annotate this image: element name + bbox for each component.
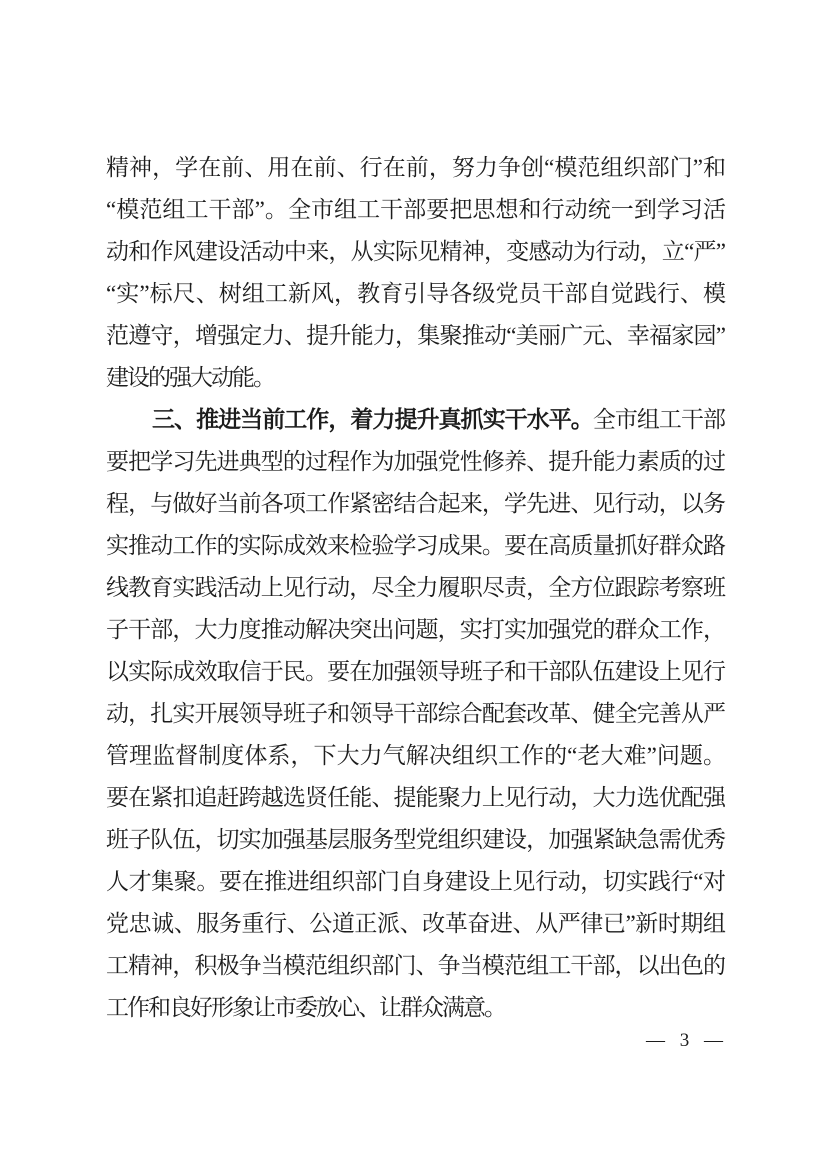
text-line: 党忠诚、服务重行、公道正派、改革奋进、从严律已”新时期组: [106, 903, 724, 945]
body-text: 人才集聚。要在推进组织部门自身建设上见行动，切实践行“对: [106, 869, 724, 894]
body-text: 线教育实践活动上见行动，尽全力履职尽责，全方位跟踪考察班: [106, 575, 724, 600]
document-page: 精神，学在前、用在前、行在前，努力争创“模范组织部门”和“模范组工干部”。全市组…: [0, 0, 827, 1169]
text-line: 班子队伍，切实加强基层服务型党组织建设，加强紧缺急需优秀: [106, 819, 724, 861]
body-text: 要把学习先进典型的过程作为加强党性修养、提升能力素质的过: [106, 449, 724, 474]
body-text: 班子队伍，切实加强基层服务型党组织建设，加强紧缺急需优秀: [106, 827, 724, 852]
text-line: 子干部，大力度推动解决突出问题，实打实加强党的群众工作，: [106, 609, 724, 651]
body-text: 实推动工作的实际成效来检验学习成果。要在高质量抓好群众路: [106, 533, 724, 558]
text-line: 人才集聚。要在推进组织部门自身建设上见行动，切实践行“对: [106, 861, 724, 903]
document-text-block: 精神，学在前、用在前、行在前，努力争创“模范组织部门”和“模范组工干部”。全市组…: [106, 147, 724, 1029]
text-line: 要把学习先进典型的过程作为加强党性修养、提升能力素质的过: [106, 441, 724, 483]
body-text: 动，扎实开展领导班子和领导干部综合配套改革、健全完善从严: [106, 701, 724, 726]
text-line: 工精神，积极争当模范组织部门、争当模范组工干部，以出色的: [106, 945, 724, 987]
text-line: 程，与做好当前各项工作紧密结合起来，学先进、见行动，以务: [106, 483, 724, 525]
text-line: 以实际成效取信于民。要在加强领导班子和干部队伍建设上见行: [106, 651, 724, 693]
page-footer: — 3 —: [646, 1028, 724, 1054]
body-text: 党忠诚、服务重行、公道正派、改革奋进、从严律已”新时期组: [106, 911, 724, 936]
section-heading-text: 三、推进当前工作，着力提升真抓实干水平。: [152, 407, 593, 432]
text-line: 精神，学在前、用在前、行在前，努力争创“模范组织部门”和: [106, 147, 724, 189]
text-line: 动，扎实开展领导班子和领导干部综合配套改革、健全完善从严: [106, 693, 724, 735]
text-line: 建设的强大动能。: [106, 357, 724, 399]
body-text: 以实际成效取信于民。要在加强领导班子和干部队伍建设上见行: [106, 659, 724, 684]
text-line: 三、推进当前工作，着力提升真抓实干水平。全市组工干部: [106, 399, 724, 441]
body-text: 精神，学在前、用在前、行在前，努力争创“模范组织部门”和: [106, 155, 724, 180]
text-line: 动和作风建设活动中来，从实际见精神，变感动为行动，立“严”: [106, 231, 724, 273]
body-text: 要在紧扣追赶跨越选贤任能、提能聚力上见行动，大力选优配强: [106, 785, 724, 810]
text-line: 要在紧扣追赶跨越选贤任能、提能聚力上见行动，大力选优配强: [106, 777, 724, 819]
text-line: 范遵守，增强定力、提升能力，集聚推动“美丽广元、幸福家园”: [106, 315, 724, 357]
text-line: 实推动工作的实际成效来检验学习成果。要在高质量抓好群众路: [106, 525, 724, 567]
body-text: 全市组工干部: [593, 407, 724, 432]
text-line: 工作和良好形象让市委放心、让群众满意。: [106, 987, 724, 1029]
body-text: 工精神，积极争当模范组织部门、争当模范组工干部，以出色的: [106, 953, 724, 978]
body-text: 工作和良好形象让市委放心、让群众满意。: [106, 995, 505, 1020]
text-line: 线教育实践活动上见行动，尽全力履职尽责，全方位跟踪考察班: [106, 567, 724, 609]
body-text: “实”标尺、树组工新风，教育引导各级党员干部自觉践行、模: [106, 281, 724, 306]
body-text: 建设的强大动能。: [106, 365, 274, 390]
body-text: 范遵守，增强定力、提升能力，集聚推动“美丽广元、幸福家园”: [106, 323, 724, 348]
page-number: — 3 —: [646, 1030, 724, 1051]
text-line: “实”标尺、树组工新风，教育引导各级党员干部自觉践行、模: [106, 273, 724, 315]
body-text: “模范组工干部”。全市组工干部要把思想和行动统一到学习活: [106, 197, 724, 222]
text-line: “模范组工干部”。全市组工干部要把思想和行动统一到学习活: [106, 189, 724, 231]
body-text: 程，与做好当前各项工作紧密结合起来，学先进、见行动，以务: [106, 491, 724, 516]
body-text: 管理监督制度体系，下大力气解决组织工作的“老大难”问题。: [106, 743, 724, 768]
body-text: 子干部，大力度推动解决突出问题，实打实加强党的群众工作，: [106, 617, 724, 642]
body-text: 动和作风建设活动中来，从实际见精神，变感动为行动，立“严”: [106, 239, 724, 264]
text-line: 管理监督制度体系，下大力气解决组织工作的“老大难”问题。: [106, 735, 724, 777]
